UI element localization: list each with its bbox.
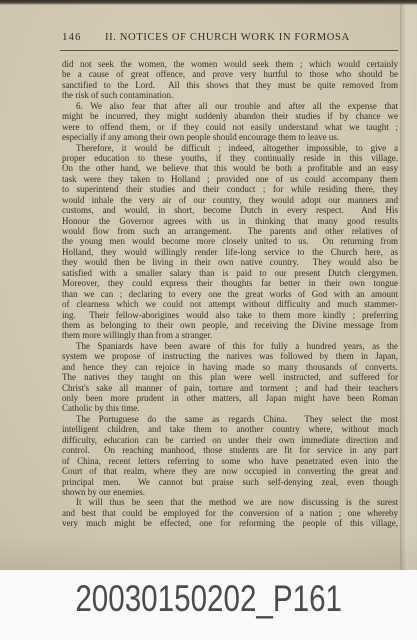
text-line: Moreover, they could express their thoug…	[62, 278, 398, 288]
book-page: 146II. NOTICES OF CHURCH WORK IN FORMOSA…	[0, 0, 417, 570]
text-line: principal men. We cannot but praise such…	[62, 477, 398, 487]
header-title: II. NOTICES OF CHURCH WORK IN FORMOSA	[105, 32, 350, 43]
text-line: Holland, they would willingly render lif…	[62, 247, 398, 257]
text-line: satisfied with a smaller salary than is …	[62, 268, 398, 278]
text-line: did not seek the women, the women would …	[62, 59, 398, 69]
text-line: and hence they can rejoice in having mad…	[62, 362, 398, 372]
page-header: 146II. NOTICES OF CHURCH WORK IN FORMOSA	[62, 31, 398, 43]
text-line: Honour the Governor agrees with us in th…	[62, 216, 398, 226]
text-line: only been more prudent in other matters,…	[62, 393, 398, 403]
text-line: to superintend their studies and their c…	[62, 184, 398, 194]
text-line: of clearness which we could not attempt …	[62, 299, 398, 309]
text-line: task were they taken to Holland ; provid…	[62, 174, 398, 184]
text-line: the risk of such contamination.	[62, 90, 398, 100]
text-line: On the other hand, we believe that this …	[62, 163, 398, 173]
text-line: very much might be effected, one for ref…	[62, 518, 398, 528]
text-line: were to offend them, or if they could no…	[62, 122, 398, 132]
text-line: them as belonging to their own people, a…	[62, 320, 398, 330]
text-line: control. On reaching manhood, those stud…	[62, 445, 398, 455]
text-line: than we can ; declaring to every one the…	[62, 289, 398, 299]
text-line: 6. We also fear that after all our troub…	[62, 101, 398, 111]
page-right-edge	[400, 4, 417, 570]
text-line: especially if any among their own people…	[62, 132, 398, 142]
text-line: Christ's sake all manner of pain, tortur…	[62, 383, 398, 393]
text-line: ing. Their fellow-aborigines would also …	[62, 310, 398, 320]
text-line: Catholic by this time.	[62, 403, 398, 413]
text-line: Court of that realm, where they are now …	[62, 466, 398, 476]
text-line: The Spaniards have been aware of this fo…	[62, 341, 398, 351]
page-body: did not seek the women, the women would …	[62, 59, 398, 529]
page-number: 146	[62, 31, 105, 43]
text-line: customs, and would, in short, become Dut…	[62, 205, 398, 215]
footer-bar: 20030150202_P161	[0, 570, 417, 640]
text-line: proper education to these youths, if the…	[62, 153, 398, 163]
text-line: It will thus be seen that the method we …	[62, 497, 398, 507]
text-line: they would then be living in their own n…	[62, 257, 398, 267]
text-line: them more willingly than from a stranger…	[62, 330, 398, 340]
scanned-page-image: 146II. NOTICES OF CHURCH WORK IN FORMOSA…	[0, 0, 417, 640]
text-line: the young men would become more closely …	[62, 236, 398, 246]
text-line: sanctified to the Lord. All this shows t…	[62, 80, 398, 90]
scan-top-edge	[0, 0, 417, 5]
text-line: intelligent children, and take them to a…	[62, 424, 398, 434]
scan-id-label: 20030150202_P161	[75, 580, 342, 617]
text-line: The natives they taught on this plan wer…	[62, 372, 398, 382]
text-line: difficulty, education can be carried on …	[62, 435, 398, 445]
text-line: The Portuguese do the same as regards Ch…	[62, 414, 398, 424]
text-line: and best that could be employed for the …	[62, 508, 398, 518]
header-rule	[60, 50, 398, 51]
text-line: would inhale the very air of our country…	[62, 195, 398, 205]
text-line: Therefore, it would be difficult ; indee…	[62, 143, 398, 153]
text-line: shown by our enemies.	[62, 487, 398, 497]
text-line: be a cause of great offence, and prove v…	[62, 69, 398, 79]
text-line: of China, recent letters referring to so…	[62, 456, 398, 466]
text-line: system we propose of instructing the nat…	[62, 351, 398, 361]
text-line: might be incurred, they might suddenly a…	[62, 111, 398, 121]
text-line: would flow from such an arrangement. The…	[62, 226, 398, 236]
